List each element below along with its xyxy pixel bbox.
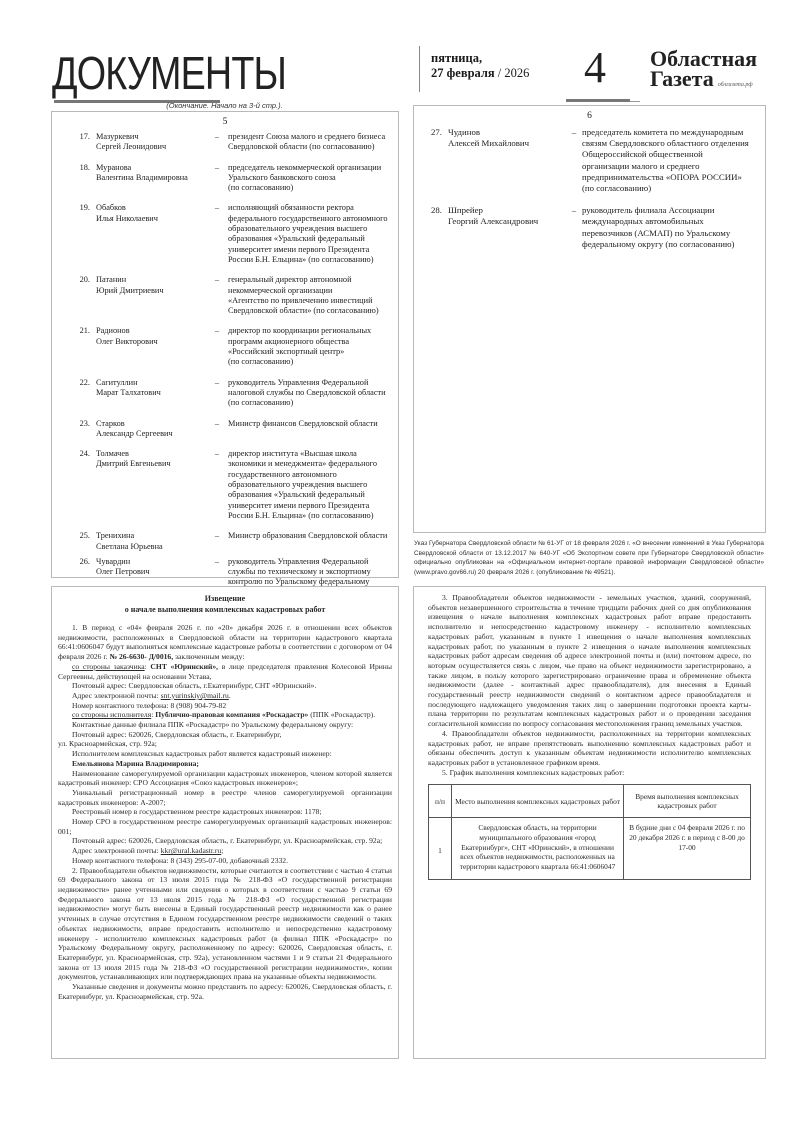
engineer-postal-address: Почтовый адрес: 620026, Свердловская обл…	[58, 836, 392, 846]
member-role: Министр финансов Свердловской области	[228, 419, 398, 440]
member-number: 24.	[52, 449, 96, 521]
branch-postal-address-street: ул. Красноармейская, стр. 92а;	[58, 739, 392, 749]
contractor-label: со стороны исполнителя	[72, 710, 151, 719]
member-number: 19.	[52, 203, 96, 265]
header-number: п/п	[429, 785, 452, 818]
member-role: руководитель филиала Ассоциациимеждунаро…	[582, 205, 765, 250]
notice-paragraph-1: 1. В период с «04» февраля 2026 г. по «2…	[58, 623, 392, 662]
member-name: МурановаВалентина Владимировна	[96, 163, 206, 194]
engineer-email-link[interactable]: kkr@ural.kadastr.ru	[161, 846, 222, 855]
customer-paragraph: со стороны заказчика: СНТ «Юринский», в …	[58, 662, 392, 681]
dash-separator: –	[206, 203, 228, 265]
contractor-short-name: (ППК «Роскадастр).	[308, 710, 375, 719]
member-entry: 19.ОбабковИлья Николаевич–исполняющий об…	[52, 203, 398, 265]
dash-separator: –	[566, 127, 582, 194]
governor-decree-note: Указ Губернатора Свердловской области № …	[414, 539, 764, 577]
newspaper-logo: Областная Газетаоблгазета.рф	[650, 49, 757, 95]
member-given-name: Дмитрий Евгеньевич	[96, 459, 206, 469]
contractor-name: Публично-правовая компания «Роскадастр»	[155, 710, 308, 719]
member-number: 22.	[52, 378, 96, 409]
dash-separator: –	[206, 378, 228, 409]
notice-paragraph-5: 5. График выполнения комплексных кадастр…	[428, 768, 751, 778]
contract-number: № 26-6630- Д/0016,	[109, 652, 173, 661]
member-name: ТренихинаСветлана Юрьевна	[96, 531, 206, 552]
member-given-name: Александр Сергеевич	[96, 429, 206, 439]
members-list-part-5: 5 17.МазуркевичСергей Леонидович–президе…	[51, 111, 399, 578]
logo-line2: Газета	[650, 66, 714, 91]
member-role: руководитель Управления Федеральнойналог…	[228, 378, 398, 409]
branch-contacts: Контактные данные филиала ППК «Роскадаст…	[58, 720, 392, 730]
member-entry: 18.МурановаВалентина Владимировна–предсе…	[52, 163, 398, 194]
member-surname: Тренихина	[96, 531, 206, 541]
issue-date: 27 февраля / 2026	[431, 66, 529, 80]
engineer-phone: Номер контактного телефона: 8 (343) 295-…	[58, 856, 392, 866]
member-surname: Патанин	[96, 275, 206, 285]
member-name: СагитуллинМарат Талхатович	[96, 378, 206, 409]
section-title: ДОКУМЕНТЫ	[52, 50, 286, 96]
customer-phone: Номер контактного телефона: 8 (908) 904-…	[58, 701, 392, 711]
logo-line2-wrap: Газетаоблгазета.рф	[650, 69, 757, 95]
dash-separator: –	[206, 163, 228, 194]
member-given-name: Юрий Дмитриевич	[96, 286, 206, 296]
notice-paragraph-2: 2. Правообладатели объектов недвижимости…	[58, 866, 392, 982]
sro-number: Номер СРО в государственном реестре само…	[58, 817, 392, 836]
member-role: председатель некоммерческой организацииУ…	[228, 163, 398, 194]
sro-name: Наименование саморегулируемой организаци…	[58, 769, 392, 788]
notice-paragraph-4: 4. Правообладатели объектов недвижимости…	[428, 729, 751, 768]
page-number: 4	[584, 45, 606, 91]
logo-url: облгазета.рф	[718, 82, 753, 88]
registration-number: Уникальный регистрационный номер в реест…	[58, 788, 392, 807]
dash-separator: –	[206, 132, 228, 153]
member-name: ПатанинЮрий Дмитриевич	[96, 275, 206, 316]
member-surname: Толмачев	[96, 449, 206, 459]
member-name: РадионовОлег Викторович	[96, 326, 206, 367]
cell-location: Свердловская область, на территории муни…	[452, 818, 624, 880]
member-number: 28.	[414, 205, 448, 250]
member-role: Министр образования Свердловской области	[228, 531, 398, 552]
registry-number: Реестровый номер в государственном реест…	[58, 807, 392, 817]
members-list-part-6: 6 27.ЧудиновАлексей Михайлович–председат…	[413, 105, 766, 533]
member-role: исполняющий обязанности ректорафедеральн…	[228, 203, 398, 265]
member-given-name: Марат Талхатович	[96, 388, 206, 398]
member-name: СтарковАлександр Сергеевич	[96, 419, 206, 440]
member-given-name: Олег Викторович	[96, 337, 206, 347]
member-number: 18.	[52, 163, 96, 194]
customer-email-line: Адрес электронной почты: snt.yurinskiy@m…	[58, 691, 392, 701]
member-name: ШпрейерГеоргий Александрович	[448, 205, 566, 250]
member-role: директор института «Высшая школаэкономик…	[228, 449, 398, 521]
member-name: ЧудиновАлексей Михайлович	[448, 127, 566, 194]
member-number: 25.	[52, 531, 96, 552]
header-location: Место выполнения комплексных кадастровых…	[452, 785, 624, 818]
continuation-note: (Окончание. Начало на 3-й стр.).	[52, 101, 397, 110]
masthead: ДОКУМЕНТЫ пятница, 27 февраля / 2026 4 О…	[52, 46, 762, 108]
member-entry: 25.ТренихинаСветлана Юрьевна–Министр обр…	[52, 531, 398, 552]
member-entry: 17.МазуркевичСергей Леонидович–президент…	[52, 132, 398, 153]
member-name: ТолмачевДмитрий Евгеньевич	[96, 449, 206, 521]
member-entry: 27.ЧудиновАлексей Михайлович–председател…	[414, 127, 765, 194]
engineer-email-line: Адрес электронной почты: kkr@ural.kadast…	[58, 846, 392, 856]
member-given-name: Алексей Михайлович	[448, 138, 566, 149]
dash-separator: –	[206, 275, 228, 316]
engineer-intro: Исполнителем комплексных кадастровых раб…	[58, 749, 392, 759]
member-entry: 24.ТолмачевДмитрий Евгеньевич–директор и…	[52, 449, 398, 521]
member-role: президент Союза малого и среднего бизнес…	[228, 132, 398, 153]
issue-year: / 2026	[498, 66, 530, 80]
column-number: 5	[52, 117, 398, 127]
page-number-underline-tail	[630, 101, 640, 102]
member-given-name: Олег Петрович	[96, 567, 206, 577]
member-given-name: Илья Николаевич	[96, 214, 206, 224]
member-role: председатель комитета по международнымсв…	[582, 127, 765, 194]
notice-title-line2: о начале выполнения комплексных кадастро…	[58, 604, 392, 615]
column-number: 6	[414, 111, 765, 121]
customer-email-link[interactable]: snt.yurinskiy@mail.ru	[161, 691, 229, 700]
table-row: 1 Свердловская область, на территории му…	[429, 818, 751, 880]
member-name: МазуркевичСергей Леонидович	[96, 132, 206, 153]
member-role: генеральный директор автономнойнекоммерч…	[228, 275, 398, 316]
member-entry: 21.РадионовОлег Викторович–директор по к…	[52, 326, 398, 367]
member-number: 21.	[52, 326, 96, 367]
member-entry: 20.ПатанинЮрий Дмитриевич–генеральный ди…	[52, 275, 398, 316]
member-given-name: Георгий Александрович	[448, 216, 566, 227]
notice-title-line1: Извещение	[58, 593, 392, 604]
notice-submission-address: Указанные сведения и документы можно пре…	[58, 982, 392, 1001]
contractor-paragraph: со стороны исполнителя: Публично-правова…	[58, 710, 392, 720]
customer-label: со стороны заказчика	[72, 662, 145, 671]
notice-title: Извещение о начале выполнения комплексны…	[58, 593, 392, 615]
member-number: 20.	[52, 275, 96, 316]
member-surname: Чудинов	[448, 127, 566, 138]
member-number: 23.	[52, 419, 96, 440]
customer-email-label: Адрес электронной почты:	[72, 691, 161, 700]
header-time: Время выполнения комплексных кадастровых…	[624, 785, 751, 818]
member-surname: Чувардин	[96, 557, 206, 567]
member-surname: Муранова	[96, 163, 206, 173]
cadastral-notice-part-1: Извещение о начале выполнения комплексны…	[51, 586, 399, 1059]
engineer-name: Емельянова Марина Владимировна;	[58, 759, 392, 769]
works-schedule-table: п/п Место выполнения комплексных кадастр…	[428, 784, 751, 880]
member-surname: Старков	[96, 419, 206, 429]
member-entry: 23.СтарковАлександр Сергеевич–Министр фи…	[52, 419, 398, 440]
member-surname: Шпрейер	[448, 205, 566, 216]
customer-postal-address: Почтовый адрес: Свердловская область, г.…	[58, 681, 392, 691]
dash-separator: –	[206, 449, 228, 521]
member-given-name: Светлана Юрьевна	[96, 542, 206, 552]
masthead-divider	[419, 46, 420, 92]
cadastral-notice-part-2: 3. Правообладатели объектов недвижимости…	[413, 586, 766, 1059]
issue-day: пятница,	[431, 51, 482, 65]
dash-separator: –	[566, 205, 582, 250]
member-entry: 22.СагитуллинМарат Талхатович–руководите…	[52, 378, 398, 409]
customer-name: СНТ «Юринский»,	[150, 662, 218, 671]
dash-separator: –	[206, 419, 228, 440]
dash-separator: –	[206, 531, 228, 552]
page-number-underline	[566, 99, 630, 102]
cell-number: 1	[429, 818, 452, 880]
notice-paragraph-3: 3. Правообладатели объектов недвижимости…	[428, 593, 751, 729]
branch-postal-address: Почтовый адрес: 620026, Свердловская обл…	[58, 730, 392, 740]
engineer-email-label: Адрес электронной почты:	[72, 846, 161, 855]
member-name: ОбабковИлья Николаевич	[96, 203, 206, 265]
issue-date-day: 27 февраля	[431, 66, 495, 80]
member-number: 17.	[52, 132, 96, 153]
p1-tail: заключенным между:	[173, 652, 244, 661]
schedule-header-row: п/п Место выполнения комплексных кадастр…	[429, 785, 751, 818]
member-surname: Обабков	[96, 203, 206, 213]
member-surname: Радионов	[96, 326, 206, 336]
member-number: 27.	[414, 127, 448, 194]
member-entry: 28.ШпрейерГеоргий Александрович–руководи…	[414, 205, 765, 250]
member-surname: Мазуркевич	[96, 132, 206, 142]
members-list: 27.ЧудиновАлексей Михайлович–председател…	[414, 127, 765, 250]
member-surname: Сагитуллин	[96, 378, 206, 388]
member-role: директор по координации региональныхпрог…	[228, 326, 398, 367]
members-list: 17.МазуркевичСергей Леонидович–президент…	[52, 132, 398, 598]
member-given-name: Валентина Владимировна	[96, 173, 206, 183]
dash-separator: –	[206, 326, 228, 367]
cell-time: В будние дни с 04 февраля 2026 г. по 20 …	[624, 818, 751, 880]
member-given-name: Сергей Леонидович	[96, 142, 206, 152]
